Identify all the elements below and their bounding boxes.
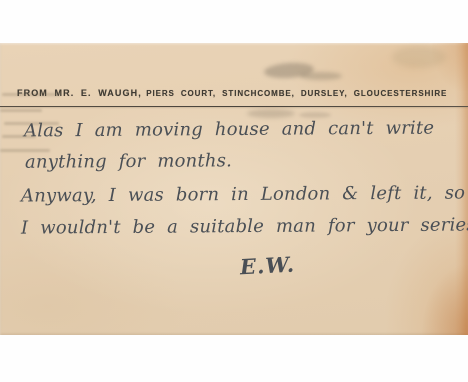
pencil-streak	[0, 109, 42, 112]
ink-smudge	[300, 72, 342, 80]
handwritten-line-1: Alas I am moving house and can't write	[24, 118, 434, 142]
ink-smudge	[264, 61, 315, 79]
letterhead-rule	[0, 106, 468, 107]
ink-smudge	[247, 109, 295, 118]
letterhead: FROM MR. E. WAUGH, PIERS COURT, STINCHCO…	[17, 83, 461, 101]
ink-smudge	[299, 112, 331, 118]
handwritten-line-4: I wouldn't be a suitable man for your se…	[21, 214, 468, 238]
scanned-page: FROM MR. E. WAUGH, PIERS COURT, STINCHCO…	[0, 0, 468, 382]
letterhead-address: PIERS COURT, STINCHCOMBE, DURSLEY, GLOUC…	[146, 89, 447, 98]
signature-initials: E.W.	[239, 252, 295, 280]
letterhead-from: FROM MR. E. WAUGH,	[17, 88, 142, 98]
handwritten-line-3: Anyway, I was born in London & left it, …	[21, 182, 465, 206]
handwritten-line-2: anything for months.	[25, 150, 232, 172]
postcard: FROM MR. E. WAUGH, PIERS COURT, STINCHCO…	[0, 43, 468, 335]
card-bottom-right-corner-shading	[422, 265, 468, 335]
